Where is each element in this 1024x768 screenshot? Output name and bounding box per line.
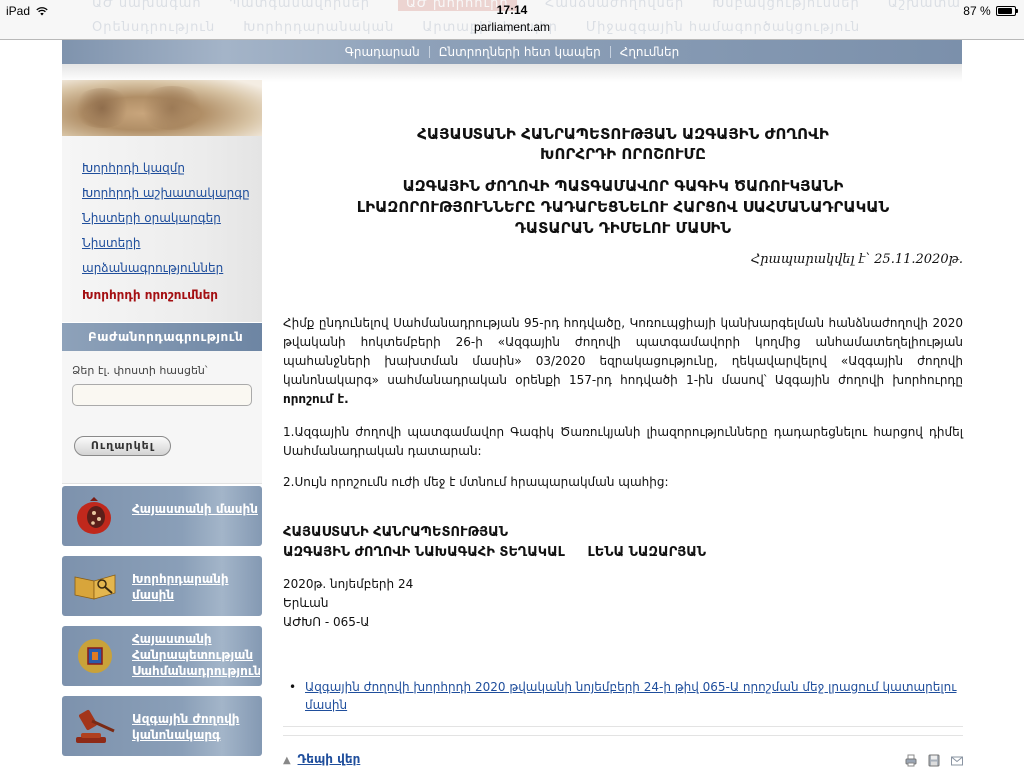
sidebar-item-council-composition[interactable]: Խորհրդի կազմը bbox=[82, 161, 185, 175]
decision-point-2: 2.Սույն որոշումն ուժի մեջ է մտնում հրապա… bbox=[283, 473, 963, 492]
related-link[interactable]: Ազգային ժողովի խորհրդի 2020 թվականի նոյե… bbox=[305, 680, 956, 712]
subtitle-line: ԱԶԳԱՅԻՆ ԺՈՂՈՎԻ ՊԱՏԳԱՄԱՎՈՐ ԳԱԳԻԿ ԾԱՌՈՒԿՅԱ… bbox=[283, 176, 963, 197]
subtitle-line: ԴԱՏԱՐԱՆ ԴԻՄԵԼՈՒ ՄԱՍԻՆ bbox=[283, 218, 963, 239]
sidebar-item-council-decisions[interactable]: Խորհրդի որոշումներ bbox=[82, 288, 218, 302]
tile-about-armenia[interactable]: Հայաստանի մասին bbox=[62, 486, 262, 546]
book-icon bbox=[72, 565, 118, 607]
subscription-heading: Բաժանորդագրություն bbox=[62, 323, 262, 351]
document-place: Երևան bbox=[283, 594, 413, 613]
published-value: 25.11.2020թ. bbox=[874, 252, 963, 267]
nav-links: ԳրադարանԸնտրողների հետ կապերՀղումներ bbox=[62, 45, 962, 59]
tile-about-parliament[interactable]: Խորհրդարանի մասին bbox=[62, 556, 262, 616]
battery-icon bbox=[996, 6, 1016, 16]
divider bbox=[283, 735, 963, 736]
gavel-icon bbox=[72, 705, 118, 747]
decides-text: որոշում է. bbox=[283, 392, 349, 406]
page-actions bbox=[899, 752, 963, 768]
tile-link-about-armenia[interactable]: Հայաստանի մասին bbox=[132, 501, 260, 517]
signature-line: ՀԱՅԱՍՏԱՆԻ ՀԱՆՐԱՊԵՏՈՒԹՅԱՆ bbox=[283, 525, 508, 540]
tile-rules-of-procedure[interactable]: Ազգային ժողովի կանոնակարգ bbox=[62, 696, 262, 756]
document-meta: 2020թ. նոյեմբերի 24 Երևան ԱԺԽՈ - 065-Ա bbox=[283, 575, 413, 632]
clock: 17:14 bbox=[0, 3, 1024, 17]
sidebar: Խորհրդի կազմը Խորհրդի աշխատակարգը Նիստեր… bbox=[62, 80, 262, 768]
battery-percent: 87 % bbox=[963, 4, 990, 18]
sidebar-item-session-agendas[interactable]: Նիստերի օրակարգեր bbox=[82, 211, 221, 225]
nav-separator bbox=[610, 46, 611, 58]
document-number: ԱԺԽՈ - 065-Ա bbox=[283, 613, 413, 632]
tile-constitution[interactable]: Հայաստանի Հանրապետության Սահմանադրությու… bbox=[62, 626, 262, 686]
nav-separator bbox=[429, 46, 430, 58]
tile-link-constitution[interactable]: Հայաստանի Հանրապետության Սահմանադրությու… bbox=[132, 631, 260, 679]
list-item: Ազգային ժողովի խորհրդի 2020 թվականի նոյե… bbox=[305, 678, 965, 714]
nav-item[interactable]: Ընտրողների հետ կապեր bbox=[439, 45, 601, 59]
back-to-top-link[interactable]: Դեպի վեր bbox=[298, 752, 361, 766]
preamble-text: Հիմք ընդունելով Սահմանադրության 95-րդ հո… bbox=[283, 316, 963, 387]
article-title: ՀԱՅԱՍՏԱՆԻ ՀԱՆՐԱՊԵՏՈՒԹՅԱՆ ԱԶԳԱՅԻՆ ԺՈՂՈՎԻ … bbox=[283, 124, 963, 164]
document-date: 2020թ. նոյեմբերի 24 bbox=[283, 575, 413, 594]
arrow-up-icon: ▲ bbox=[283, 755, 291, 766]
sidebar-item-session-minutes[interactable]: Նիստերի bbox=[82, 236, 140, 250]
save-icon[interactable] bbox=[928, 754, 940, 767]
back-to-top[interactable]: ▲ Դեպի վեր bbox=[283, 752, 360, 766]
sidebar-header-image bbox=[62, 80, 262, 136]
signature-block: ՀԱՅԱՍՏԱՆԻ ՀԱՆՐԱՊԵՏՈՒԹՅԱՆ ԱԶԳԱՅԻՆ ԺՈՂՈՎԻ … bbox=[283, 523, 706, 563]
battery-status: 87 % bbox=[963, 4, 1016, 18]
published-date: Հրապարակվել է՝ 25.11.2020թ. bbox=[751, 252, 963, 267]
article-subtitle: ԱԶԳԱՅԻՆ ԺՈՂՈՎԻ ՊԱՏԳԱՄԱՎՈՐ ԳԱԳԻԿ ԾԱՌՈՒԿՅԱ… bbox=[283, 176, 963, 239]
sidebar-item-council-rules[interactable]: Խորհրդի աշխատակարգը bbox=[82, 186, 250, 200]
tile-link-rules-of-procedure[interactable]: Ազգային ժողովի կանոնակարգ bbox=[132, 711, 260, 743]
email-label: Ձեր էլ. փոստի հասցեն՝ bbox=[72, 364, 208, 377]
preamble-paragraph: Հիմք ընդունելով Սահմանադրության 95-րդ հո… bbox=[283, 314, 963, 409]
sidebar-menu: Խորհրդի կազմը Խորհրդի աշխատակարգը Նիստեր… bbox=[62, 136, 262, 322]
email-icon[interactable] bbox=[951, 754, 963, 767]
subscription-form: Ձեր էլ. փոստի հասցեն՝ Ուղարկել bbox=[62, 351, 262, 484]
published-label: Հրապարակվել է՝ bbox=[751, 252, 870, 267]
tile-link-about-parliament[interactable]: Խորհրդարանի մասին bbox=[132, 571, 260, 603]
subscribe-button[interactable]: Ուղարկել bbox=[74, 436, 171, 456]
browser-status-bar: ԱԺ նախագահՊատգամավորներԱԺ խորհուրդՀանձնա… bbox=[0, 0, 1024, 40]
subtitle-line: ԼԻԱԶՈՐՈՒԹՅՈՒՆՆԵՐԸ ԴԱԴԱՐԵՑՆԵԼՈՒ ՀԱՐՑՈՎ ՍԱ… bbox=[283, 197, 963, 218]
title-line: ՀԱՅԱՍՏԱՆԻ ՀԱՆՐԱՊԵՏՈՒԹՅԱՆ ԱԶԳԱՅԻՆ ԺՈՂՈՎԻ bbox=[283, 124, 963, 144]
decision-point-1: 1.Ազգային ժողովի պատգամավոր Գագիկ Ծառուկ… bbox=[283, 423, 963, 461]
title-line: ԽՈՐՀՐԴԻ ՈՐՈՇՈՒՄԸ bbox=[283, 144, 963, 164]
sidebar-item-session-minutes-cont[interactable]: արձանագրություններ bbox=[82, 261, 223, 275]
related-links: Ազգային ժողովի խորհրդի 2020 թվականի նոյե… bbox=[305, 678, 965, 714]
top-navigation: ԳրադարանԸնտրողների հետ կապերՀղումներ bbox=[62, 40, 962, 64]
divider bbox=[283, 726, 963, 727]
nav-item[interactable]: Հղումներ bbox=[620, 45, 679, 59]
print-icon[interactable] bbox=[905, 754, 917, 767]
pomegranate-icon bbox=[72, 495, 118, 537]
address-bar[interactable]: parliament.am bbox=[0, 20, 1024, 34]
signature-line: ԱԶԳԱՅԻՆ ԺՈՂՈՎԻ ՆԱԽԱԳԱՀԻ ՏԵՂԱԿԱԼ ԼԵՆԱ ՆԱԶ… bbox=[283, 545, 706, 560]
nav-item[interactable]: Գրադարան bbox=[345, 45, 420, 59]
coat-of-arms-icon bbox=[72, 635, 118, 677]
email-field[interactable] bbox=[72, 384, 252, 406]
